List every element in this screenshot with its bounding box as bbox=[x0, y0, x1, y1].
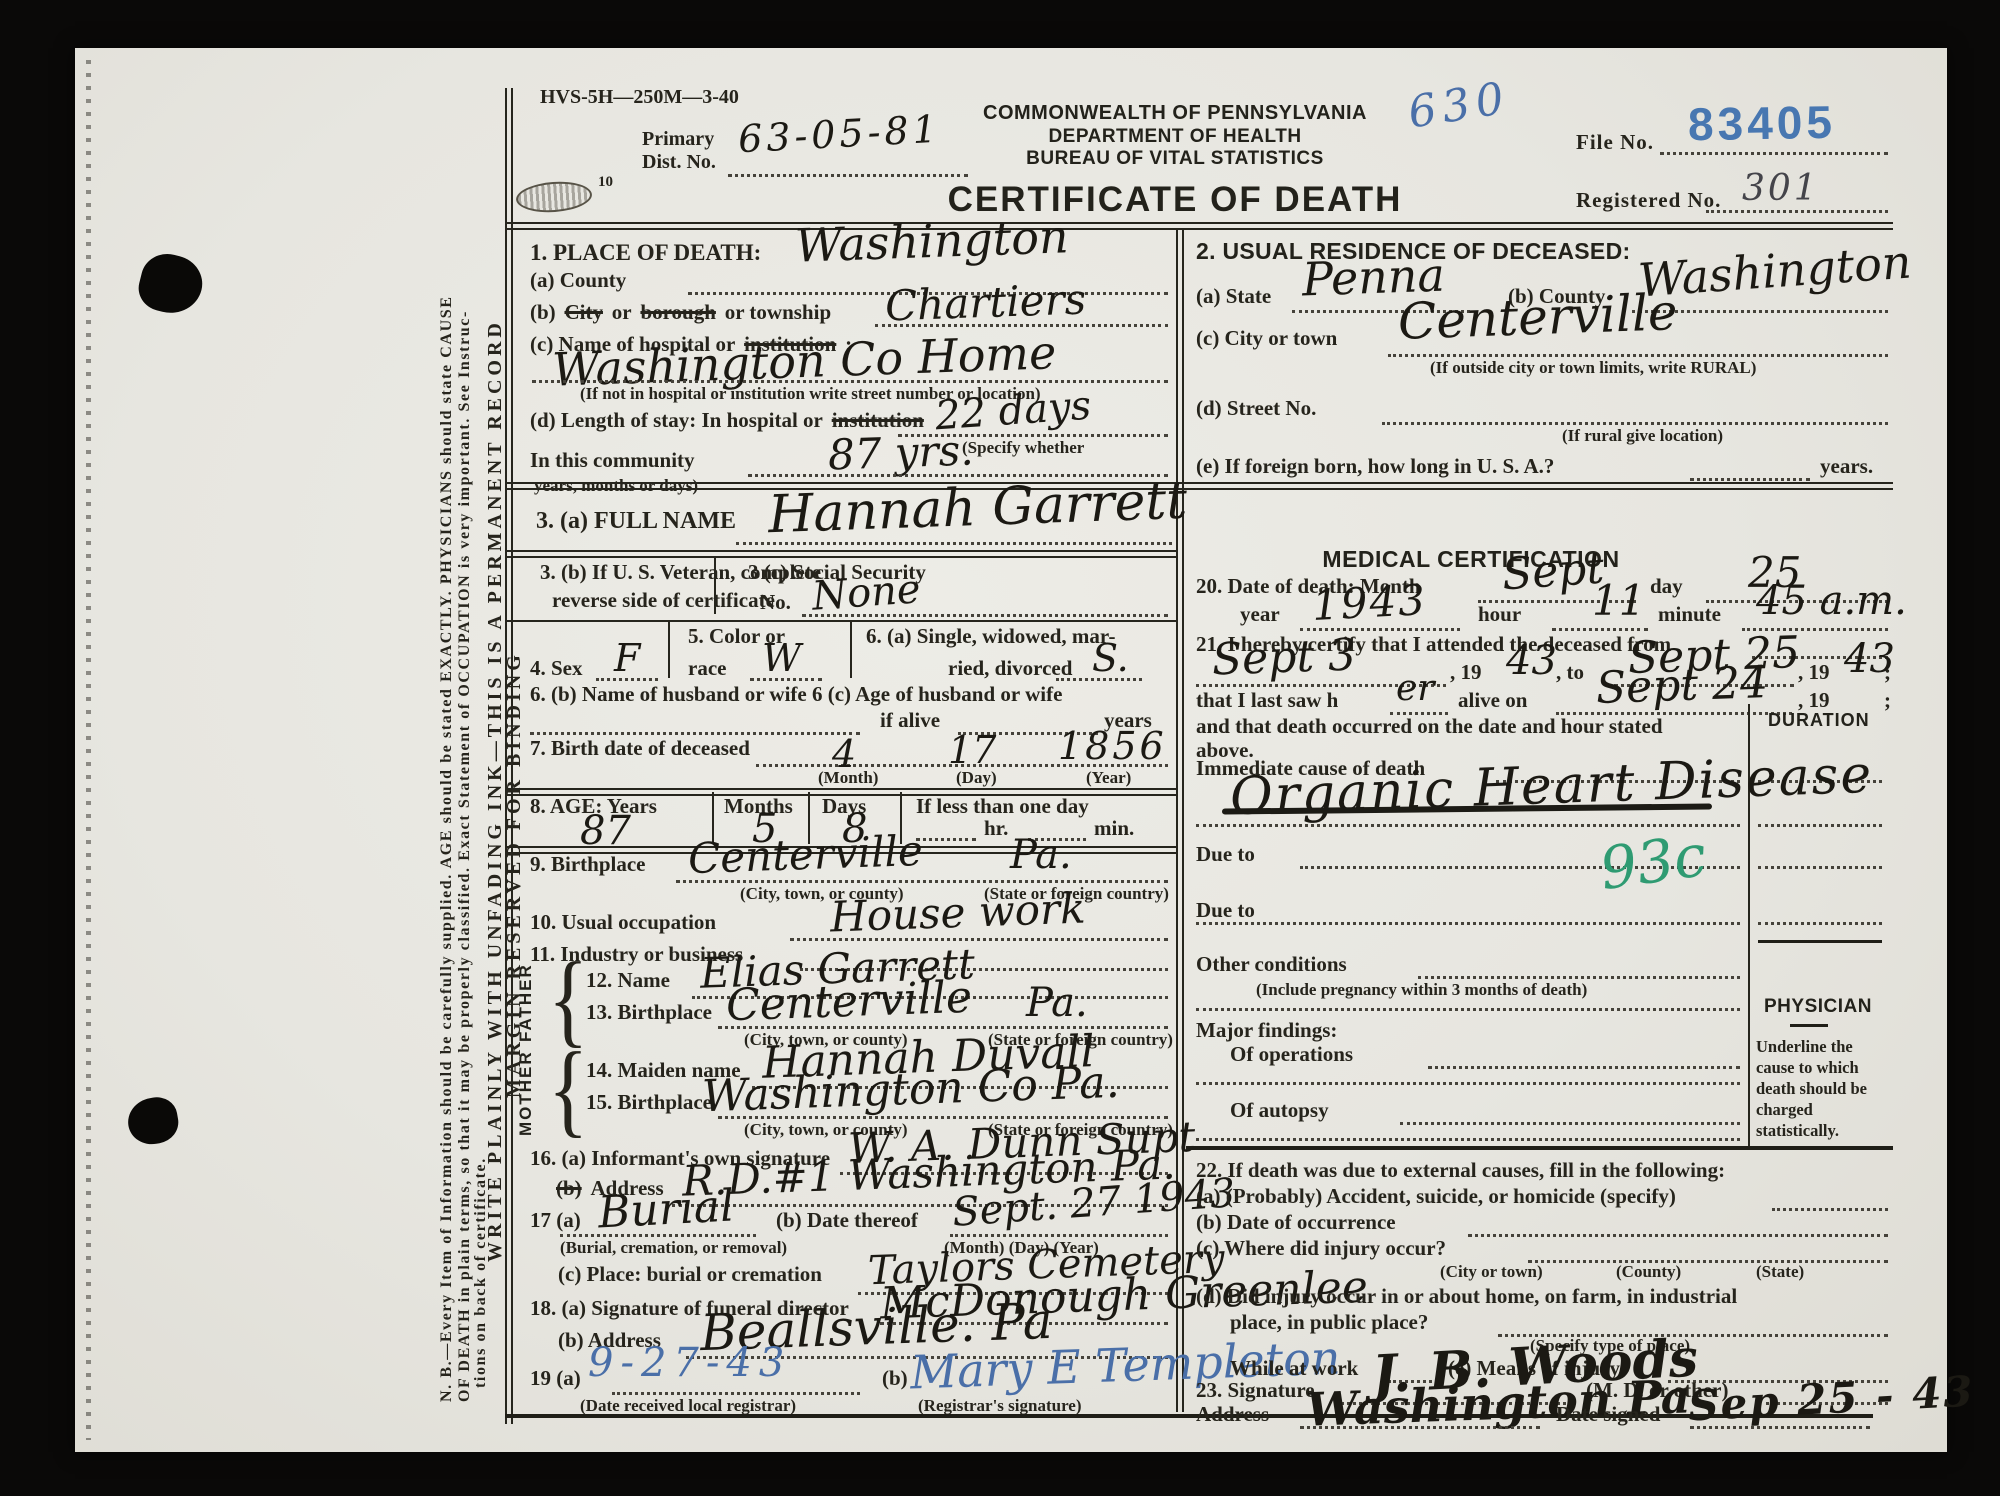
certify-line-3: and that death occurred on the date and … bbox=[1196, 714, 1663, 739]
birthplace-state-value: Pa. bbox=[1010, 832, 1072, 878]
spouse-label: 6. (b) Name of husband or wife 6 (c) Age… bbox=[530, 682, 1062, 707]
due-to-1-label: Due to bbox=[1196, 842, 1255, 867]
dotted-line bbox=[718, 1024, 1168, 1029]
dotted-line bbox=[1388, 352, 1888, 357]
duration-tick bbox=[1758, 920, 1882, 925]
seal-number: 10 bbox=[598, 174, 613, 191]
place-of-death-heading: 1. PLACE OF DEATH: bbox=[530, 240, 761, 266]
attended-from-year: 43 bbox=[1506, 638, 1557, 684]
birthplace-label: 9. Birthplace bbox=[530, 852, 646, 877]
death-year-label: year bbox=[1240, 602, 1280, 627]
of-autopsy-label: Of autopsy bbox=[1230, 1098, 1329, 1123]
physician-address-label: Address bbox=[1196, 1402, 1269, 1427]
commonwealth-line: COMMONWEALTH OF PENNSYLVANIA bbox=[955, 102, 1395, 125]
print-semi-1: ; bbox=[1884, 660, 1891, 685]
dotted-line bbox=[1418, 974, 1740, 979]
caption-year: (Year) bbox=[1086, 768, 1131, 788]
caption-city-or-town: (City or town) bbox=[1440, 1262, 1543, 1282]
header-rule bbox=[505, 222, 1893, 230]
father-birthplace-label: 13. Birthplace bbox=[586, 1000, 712, 1025]
father-side-label: FATHER bbox=[516, 963, 536, 1042]
dotted-line bbox=[560, 1232, 756, 1237]
death-year-value: 1943 bbox=[1311, 575, 1428, 630]
center-divider bbox=[1176, 228, 1184, 1412]
caption-county: (County) bbox=[1616, 1262, 1681, 1282]
primary-dist-label-2: Dist. No. bbox=[642, 151, 716, 174]
registrar-sig-label: (b) bbox=[882, 1366, 908, 1391]
external-rule bbox=[1186, 1146, 1893, 1150]
specify-whether-note: (Specify whether bbox=[962, 438, 1084, 458]
external-c-label: (c) Where did injury occur? bbox=[1196, 1236, 1446, 1261]
veteran-label-2: reverse side of certificate bbox=[552, 588, 775, 613]
residence-city-value: Centerville bbox=[1397, 283, 1678, 351]
label-b-struck: (b) bbox=[556, 1176, 582, 1200]
major-findings-label: Major findings: bbox=[1196, 1018, 1337, 1043]
physician-signature-label: 23. Signature bbox=[1196, 1378, 1315, 1403]
dotted-line bbox=[1196, 1006, 1740, 1011]
color-race-label-2: race bbox=[688, 656, 726, 681]
perforation-edge bbox=[86, 60, 91, 1440]
father-birthplace-value: Centerville bbox=[725, 972, 973, 1032]
death-minute-label: minute bbox=[1658, 602, 1721, 627]
primary-dist-label-1: Primary bbox=[642, 128, 714, 151]
duration-label: DURATION bbox=[1768, 710, 1870, 731]
print-semi-2: ; bbox=[1884, 688, 1891, 713]
dotted-line bbox=[790, 936, 1168, 941]
print-19a: , 19 bbox=[1450, 660, 1482, 685]
place-county-value: Washington bbox=[794, 209, 1069, 273]
birthplace-value: Centerville bbox=[687, 826, 923, 883]
physician-rule bbox=[1790, 1024, 1828, 1027]
dotted-line bbox=[750, 676, 822, 681]
dotted-line bbox=[1552, 626, 1648, 631]
caption-day: (Day) bbox=[956, 768, 997, 788]
occupation-value: House work bbox=[829, 884, 1086, 942]
date-signed-label: Date signed bbox=[1556, 1402, 1660, 1427]
external-a-label: (a) (Probably) Accident, suicide, or hom… bbox=[1196, 1184, 1676, 1209]
dotted-line bbox=[736, 540, 1172, 545]
residence-foreign-label: (e) If foreign born, how long in U. S. A… bbox=[1196, 454, 1554, 479]
residence-street-note: (If rural give location) bbox=[1562, 426, 1723, 446]
dotted-line bbox=[1690, 476, 1810, 481]
certificate-scan: N. B.—Every Item of Information should b… bbox=[0, 0, 2000, 1496]
mother-side-label: MOTHER bbox=[516, 1050, 536, 1136]
dotted-line bbox=[802, 612, 1168, 617]
bureau-line: BUREAU OF VITAL STATISTICS bbox=[955, 148, 1395, 170]
dotted-line bbox=[1196, 1080, 1740, 1085]
dotted-line bbox=[532, 378, 1168, 383]
marital-label-2: ried, divorced bbox=[948, 656, 1072, 681]
race-value: W bbox=[762, 636, 801, 680]
cell-divider bbox=[668, 622, 670, 678]
section-rule bbox=[505, 620, 1176, 622]
dotted-line bbox=[1468, 1232, 1888, 1237]
attended-from-value: Sept 3 bbox=[1211, 630, 1357, 686]
registrar-received-caption: (Date received local registrar) bbox=[580, 1396, 796, 1416]
section-rule bbox=[505, 482, 1893, 490]
age-hr-label: hr. bbox=[984, 816, 1008, 841]
form-number: HVS-5H—250M—3-40 bbox=[540, 86, 739, 109]
dotted-line bbox=[596, 676, 658, 681]
death-hour-value: 11 bbox=[1592, 576, 1645, 625]
other-conditions-caption: (Include pregnancy within 3 months of de… bbox=[1256, 980, 1587, 1000]
residence-foreign-suffix: years. bbox=[1820, 454, 1873, 479]
dotted-line bbox=[530, 730, 860, 735]
dotted-line bbox=[728, 172, 968, 177]
registrar-received-label: 19 (a) bbox=[530, 1366, 581, 1391]
duration-tick bbox=[1758, 822, 1882, 827]
caption-state: (State) bbox=[1756, 1262, 1804, 1282]
last-saw-date-value: Sept 24 bbox=[1595, 657, 1769, 714]
of-operations-label: Of operations bbox=[1230, 1042, 1353, 1067]
mother-birthplace-label: 15. Birthplace bbox=[586, 1090, 712, 1115]
place-township-label: (b)Cityorboroughor township bbox=[530, 300, 840, 325]
sex-label: 4. Sex bbox=[530, 656, 583, 681]
registrar-received-value: 9-27-43 bbox=[588, 1340, 791, 1386]
alive-on-label: alive on bbox=[1458, 688, 1527, 713]
label-township: or township bbox=[725, 300, 831, 324]
print-to: , to bbox=[1556, 660, 1584, 685]
residence-city-note: (If outside city or town limits, write R… bbox=[1430, 358, 1756, 378]
label-b: (b) bbox=[530, 300, 556, 324]
dotted-line bbox=[1690, 1424, 1870, 1429]
dotted-line bbox=[1428, 1064, 1740, 1069]
ssn-no-label: No. bbox=[760, 590, 791, 615]
death-month-value: Sept bbox=[1500, 543, 1605, 601]
dotted-line bbox=[1528, 1258, 1888, 1263]
death-hour-label: hour bbox=[1478, 602, 1521, 627]
burial-label: 17 (a) bbox=[530, 1208, 581, 1233]
label-city-struck: City bbox=[564, 300, 603, 324]
burial-date-label: (b) Date thereof bbox=[776, 1208, 918, 1233]
external-heading: 22. If death was due to external causes,… bbox=[1196, 1158, 1725, 1183]
birthdate-day-value: 17 bbox=[948, 728, 996, 772]
dotted-line bbox=[1056, 676, 1142, 681]
registrar-sig-caption: (Registrar's signature) bbox=[918, 1396, 1082, 1416]
burial-value: Burial bbox=[597, 1180, 736, 1238]
duration-tick bbox=[1758, 864, 1882, 869]
sex-value: F bbox=[614, 636, 640, 680]
cell-divider bbox=[850, 622, 852, 678]
dotted-line bbox=[1196, 920, 1740, 925]
residence-state-label: (a) State bbox=[1196, 284, 1271, 309]
margin-note-nb: N. B.—Every Item of Information should b… bbox=[438, 296, 456, 1403]
residence-city-label: (c) City or town bbox=[1196, 326, 1337, 351]
father-name-label: 12. Name bbox=[586, 968, 670, 993]
community-label: In this community bbox=[530, 448, 695, 473]
dotted-line bbox=[676, 878, 1168, 883]
death-day-label: day bbox=[1650, 574, 1683, 599]
medical-heading: MEDICAL CERTIFICATION bbox=[1196, 546, 1746, 573]
dotted-line bbox=[1660, 150, 1888, 155]
death-minute-value: 45 a.m. bbox=[1756, 578, 1907, 624]
department-line: DEPARTMENT OF HEALTH bbox=[955, 126, 1395, 148]
print-19b: , 19 bbox=[1798, 660, 1830, 685]
last-saw-label: that I last saw h bbox=[1196, 688, 1338, 713]
external-d-label-1: (d) Did injury occur in or about home, o… bbox=[1196, 1284, 1737, 1309]
external-b-label: (b) Date of occurrence bbox=[1196, 1210, 1396, 1235]
birthdate-year-value: 1856 bbox=[1058, 724, 1167, 768]
age-min-label: min. bbox=[1094, 816, 1134, 841]
registered-no-label: Registered No. bbox=[1576, 188, 1721, 213]
file-no-label: File No. bbox=[1576, 130, 1654, 155]
dotted-line bbox=[1300, 1424, 1540, 1429]
file-no-stamp: 83405 bbox=[1688, 95, 1837, 152]
occupation-label: 10. Usual occupation bbox=[530, 910, 716, 935]
physician-label: PHYSICIAN bbox=[1764, 996, 1872, 1018]
dotted-line bbox=[1400, 1120, 1740, 1125]
residence-street-label: (d) Street No. bbox=[1196, 396, 1316, 421]
registered-no-value: 301 bbox=[1742, 168, 1820, 209]
birthdate-label: 7. Birth date of deceased bbox=[530, 736, 750, 761]
external-d-label-2: place, in public place? bbox=[1230, 1310, 1428, 1335]
caption-month: (Month) bbox=[818, 768, 878, 788]
her-value: er bbox=[1396, 668, 1435, 709]
cell-divider bbox=[714, 556, 716, 614]
label-length-of-stay: (d) Length of stay: In hospital or bbox=[530, 408, 823, 432]
label-borough-struck: borough bbox=[640, 300, 715, 324]
marital-value: S. bbox=[1092, 636, 1129, 680]
burial-caption: (Burial, cremation, or removal) bbox=[560, 1238, 787, 1258]
dotted-line bbox=[916, 836, 976, 841]
place-county-label: (a) County bbox=[530, 268, 626, 293]
section-rule bbox=[505, 550, 1176, 558]
due-to-2-label: Due to bbox=[1196, 898, 1255, 923]
dotted-line bbox=[1772, 1206, 1888, 1211]
physician-note: Underline the cause to which death shoul… bbox=[1756, 1036, 1888, 1141]
label-or: or bbox=[612, 300, 632, 324]
duration-bold-tick bbox=[1758, 940, 1882, 943]
father-birthplace-state: Pa. bbox=[1026, 980, 1088, 1026]
dotted-line bbox=[950, 1232, 1168, 1237]
dotted-line bbox=[612, 1390, 860, 1395]
burial-place-label: (c) Place: burial or cremation bbox=[558, 1262, 822, 1287]
dotted-line bbox=[1706, 208, 1888, 213]
marital-label-1: 6. (a) Single, widowed, mar- bbox=[866, 624, 1115, 649]
full-name-label: 3. (a) FULL NAME bbox=[536, 508, 736, 535]
other-conditions-label: Other conditions bbox=[1196, 952, 1347, 977]
form-left-border bbox=[505, 88, 513, 1424]
dotted-line bbox=[1382, 420, 1888, 425]
dotted-line bbox=[1196, 1136, 1740, 1141]
mother-brace: { bbox=[548, 1038, 588, 1143]
spouse-alive-label: if alive bbox=[880, 708, 940, 733]
